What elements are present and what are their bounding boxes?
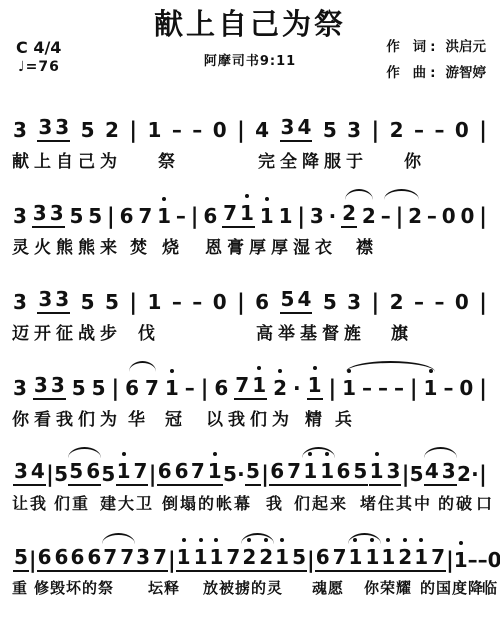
lyrics-line: 重修毁坏的祭坛释放被掳的灵魂愿你荣耀的国度降临 [12,577,488,599]
beamed-note-group: 67 [315,545,348,572]
notation-line: 33352|1––0|43453|2––0| [12,102,488,144]
note: 2 [390,290,404,314]
note: 1 [252,373,266,397]
duration-dash: – [192,290,202,314]
note: 6 [120,204,134,228]
note: 5 [14,545,28,569]
note: 7 [103,545,117,569]
note: 3 [13,118,27,142]
note: 1 [209,545,223,569]
note: 6 [86,459,100,483]
lyric-segment: 倒塌的帐幕 [162,491,252,514]
barline: | [297,203,305,228]
note: 2 [398,545,412,569]
duration-dash: – [362,376,372,400]
music-system: 33355|671–|67111|3·22–|2–00|灵火熊熊来焚烧恩膏厚厚湿… [12,188,488,255]
barline: | [168,547,176,572]
note: 2 [273,376,287,400]
note: 3 [310,204,324,228]
barline: | [129,289,137,314]
note: 1 [342,376,356,400]
lyric-segment: 兵 [335,405,357,430]
octave-dot [278,369,282,373]
note: 6 [70,545,84,569]
note: 3 [386,459,400,483]
lyricist-label: 作 词: [386,39,439,55]
barline: | [191,203,199,228]
note: 1 [320,459,334,483]
lyric-segment: 放被掳的灵 [203,577,283,598]
note: 6 [87,545,101,569]
music-system: 33352|1––0|43453|2––0|献上自己为祭完全降服于你 [12,102,488,169]
tie-arc [102,533,135,544]
beamed-note-group: 17 [413,545,446,572]
lyric-segment: 你 [404,147,426,172]
note: 1 [414,545,428,569]
barline: | [479,461,487,486]
note: 6 [336,459,350,483]
tie-arc [346,361,436,372]
lyric-segment: 灵火熊熊来 [12,233,122,258]
barline: | [129,117,137,142]
beamed-note-group: 66 [157,459,190,486]
lyrics-line: 灵火熊熊来焚烧恩膏厚厚湿衣襟 [12,233,488,255]
note: 4 [255,118,269,142]
tempo-marking: ♩=76 [16,59,61,75]
note: 7 [235,373,249,397]
barline: | [107,203,115,228]
note: 3 [55,287,69,311]
octave-dot [265,197,269,201]
octave-dot [386,538,390,542]
barline: | [29,547,37,572]
note: 3 [38,287,52,311]
barline: | [201,375,209,400]
sheet-header: 献上自己为祭 阿摩司书9:11 作 词:洪启元 作 曲:游智婷 C 4/4 ♩=… [12,6,488,102]
duration-dash: – [414,290,424,314]
notation-line: 33355|671–|6712·1|1–––|1–0| [12,360,488,402]
beamed-note-group: 12 [380,545,413,572]
duration-dash: – [378,376,388,400]
credits: 作 词:洪启元 作 曲:游智婷 [386,34,486,86]
note: 6 [175,459,189,483]
note: 7 [226,545,240,569]
tie-arc [68,447,101,458]
note: 5 [69,204,83,228]
tie-arc [348,533,381,544]
note: 1 [194,545,208,569]
duration-dash: – [172,290,182,314]
lyric-segment: 修毁坏的祭 [34,577,114,598]
notation-line: 33355|1––0|65453|2––0| [12,274,488,316]
note: 7 [138,204,152,228]
lyric-segment: 衣 [315,233,337,258]
note: 2 [408,204,422,228]
beamed-note-group: 15 [274,545,307,572]
beamed-note-group: 2 [341,201,357,228]
beamed-note-group: 56 [68,459,101,486]
lyric-segment: 献上自己为 [12,147,122,172]
music-system: 33355|1––0|65453|2––0|迈开征战步伐高举基督旌旗 [12,274,488,341]
note: 1 [260,204,274,228]
lyric-segment: 冠 [165,405,187,430]
octave-dot [375,452,379,456]
note: 6 [214,376,228,400]
lyric-segment: 的国度降 [420,577,484,598]
rest-note: 0 [455,290,469,314]
lyric-segment: 焚 [130,233,152,258]
rest-note: 0 [442,204,456,228]
note: 3 [13,290,27,314]
augmentation-dot: · [471,462,479,486]
lyric-segment: 烧 [162,233,184,258]
duration-dash: – [394,376,404,400]
beamed-note-group: 11 [348,545,381,572]
note: 5 [101,462,115,486]
note: 3 [33,201,47,225]
beamed-note-group: 43 [424,459,457,486]
rest-note: 0 [488,548,500,572]
note: 7 [333,545,347,569]
duration-dash: – [172,118,182,142]
duration-dash: – [478,548,488,572]
tie-arc [424,447,457,458]
barline: | [410,375,418,400]
beamed-note-group: 54 [280,287,313,314]
barline: | [479,117,487,142]
duration-dash: – [176,204,186,228]
beamed-note-group: 71 [190,459,223,486]
note: 6 [255,290,269,314]
barline: | [149,461,157,486]
note: 1 [279,204,293,228]
duration-dash: – [414,118,424,142]
octave-dot [419,538,423,542]
note: 5 [92,376,106,400]
note: 3 [14,459,28,483]
lyric-segment: 襟 [356,233,378,258]
note: 2 [259,545,273,569]
note: 7 [120,545,134,569]
beamed-note-group: 34 [280,115,313,142]
note: 5 [54,462,68,486]
beamed-note-group: 5 [13,545,29,572]
augmentation-dot: · [293,376,301,400]
music-system: 33355|671–|6712·1|1–––|1–0|你看我们为华冠以我们为精兵 [12,360,488,427]
augmentation-dot: · [329,204,337,228]
note: 2 [242,545,256,569]
beamed-note-group: 65 [335,459,368,486]
octave-dot [313,366,317,370]
beamed-note-group: 66 [69,545,102,572]
note: 4 [297,115,311,139]
note: 2 [457,462,471,486]
barline: | [261,461,269,486]
beamed-note-group: 17 [116,459,149,486]
lyricist-name: 洪启元 [446,39,487,55]
duration-dash: – [434,290,444,314]
octave-dot [257,366,261,370]
lyric-segment: 恩膏厚厚湿 [205,233,315,258]
beamed-note-group: 13 [369,459,402,486]
note: 1 [275,545,289,569]
note: 5 [81,290,95,314]
tie-arc [384,189,420,200]
composer-credit: 作 曲:游智婷 [386,60,486,86]
beamed-note-group: 11 [176,545,209,572]
octave-dot [213,452,217,456]
duration-dash: – [192,118,202,142]
lyric-segment: 们重 [54,491,90,514]
octave-dot [122,452,126,456]
music-system: 34|556517|66715·5|67116513|5432·|让我们重建大卫… [12,446,488,513]
note: 1 [177,545,191,569]
beamed-note-group: 33 [37,115,70,142]
sheet-music-page: 献上自己为祭 阿摩司书9:11 作 词:洪启元 作 曲:游智婷 C 4/4 ♩=… [0,0,500,619]
barline: | [46,461,54,486]
note: 1 [303,459,317,483]
music-system: 5|66667737|11172215|67111217|1––0重修毁坏的祭坛… [12,532,488,599]
note: 5 [410,462,424,486]
barline: | [328,375,336,400]
note: 3 [55,115,69,139]
note: 5 [72,376,86,400]
notation-systems: 33352|1––0|43453|2––0|献上自己为祭完全降服于你33355|… [12,102,488,599]
note: 7 [145,376,159,400]
note: 5 [281,287,295,311]
notation-line: 33355|671–|67111|3·22–|2–00| [12,188,488,230]
beamed-note-group: 17 [208,545,241,572]
note: 6 [158,459,172,483]
lyric-segment: 让我 [12,491,48,514]
note: 5 [223,462,237,486]
lyrics-line: 让我们重建大卫倒塌的帐幕我们起来堵住其中的破口 [12,491,488,513]
beamed-note-group: 77 [102,545,135,572]
note: 6 [55,545,69,569]
tie-arc [302,447,335,458]
lyric-segment: 我 [266,491,284,514]
lyric-segment: 临 [482,577,498,598]
lyric-segment: 魂愿 [312,577,344,598]
lyric-segment: 建大卫 [100,491,154,514]
note: 1 [147,118,161,142]
lyrics-line: 迈开征战步伐高举基督旌旗 [12,319,488,341]
note: 7 [153,545,167,569]
beamed-note-group: 22 [241,545,274,572]
rest-note: 0 [459,376,473,400]
note: 1 [117,459,131,483]
beamed-note-group: 66 [37,545,70,572]
key-tempo-block: C 4/4 ♩=76 [16,38,61,75]
duration-dash: – [381,204,391,228]
beamed-note-group: 33 [33,373,66,400]
beamed-note-group: 67 [269,459,302,486]
note: 4 [425,459,439,483]
note: 3 [50,201,64,225]
note: 2 [390,118,404,142]
rest-note: 0 [455,118,469,142]
beamed-note-group: 71 [222,201,255,228]
note: 6 [125,376,139,400]
rest-note: 0 [213,118,227,142]
lyric-segment: 你荣耀 [364,577,412,598]
note: 3 [13,204,27,228]
lyric-segment: 口 [476,491,494,514]
note: 7 [431,545,445,569]
lyric-segment: 以我们为 [206,405,294,430]
notation-line: 5|66667737|11172215|67111217|1––0 [12,532,488,574]
beamed-note-group: 33 [32,201,65,228]
composer-name: 游智婷 [446,65,487,81]
barline: | [237,117,245,142]
note: 3 [347,290,361,314]
beamed-note-group: 11 [302,459,335,486]
note: 7 [191,459,205,483]
lyric-segment: 迈开征战步 [12,319,122,344]
tie-arc [129,361,157,372]
barline: | [307,547,315,572]
beamed-note-group: 37 [135,545,168,572]
note: 7 [134,459,148,483]
lyric-segment: 重 [12,577,28,598]
beamed-note-group: 5 [245,459,261,486]
octave-dot [245,194,249,198]
barline: | [372,117,380,142]
lyric-segment: 伐 [138,319,160,344]
note: 5 [246,459,260,483]
note: 3 [347,118,361,142]
tie-arc [345,189,373,200]
note: 1 [157,204,171,228]
note: 3 [281,115,295,139]
beamed-note-group: 33 [37,287,70,314]
notation-line: 34|556517|66715·5|67116513|5432·| [12,446,488,488]
beamed-note-group: 71 [234,373,267,400]
duration-dash: – [185,376,195,400]
note: 1 [424,376,438,400]
note: 5 [353,459,367,483]
lyrics-line: 你看我们为华冠以我们为精兵 [12,405,488,427]
lyric-segment: 华 [128,405,150,430]
duration-dash: – [443,376,453,400]
note: 1 [208,459,222,483]
note: 1 [308,373,322,397]
note: 1 [240,201,254,225]
note: 3 [38,115,52,139]
lyric-segment: 坛释 [148,577,180,598]
lyric-segment: 堵住其中 [360,491,432,514]
note: 5 [105,290,119,314]
barline: | [446,547,454,572]
note: 1 [165,376,179,400]
barline: | [396,203,404,228]
note: 6 [38,545,52,569]
note: 4 [31,459,45,483]
note: 5 [69,459,83,483]
lyric-segment: 完全降服于 [258,147,368,172]
lyric-segment: 的破 [438,491,474,514]
lyric-segment: 你看我们为 [12,405,122,430]
note: 6 [203,204,217,228]
note: 3 [51,373,65,397]
note: 3 [136,545,150,569]
lyric-segment: 旗 [391,319,413,344]
note: 1 [454,548,468,572]
barline: | [237,289,245,314]
note: 1 [370,459,384,483]
note: 5 [81,118,95,142]
note: 2 [105,118,119,142]
duration-dash: – [427,204,437,228]
note: 5 [88,204,102,228]
note: 6 [270,459,284,483]
augmentation-dot: · [237,462,245,486]
lyric-segment: 精 [305,405,327,430]
barline: | [479,289,487,314]
tie-arc [241,533,274,544]
note: 2 [342,201,356,225]
lyric-segment: 祭 [158,147,180,172]
note: 5 [323,118,337,142]
lyricist-credit: 作 词:洪启元 [386,34,486,60]
octave-dot [162,197,166,201]
octave-dot [403,538,407,542]
barline: | [479,375,487,400]
lyric-segment: 高举基督旌 [256,319,366,344]
duration-dash: – [468,548,478,572]
key-signature: C 4/4 [16,38,61,57]
composer-label: 作 曲: [386,65,439,81]
note: 1 [349,545,363,569]
octave-dot [214,538,218,542]
barline: | [372,289,380,314]
note: 7 [223,201,237,225]
note: 3 [442,459,456,483]
note: 1 [381,545,395,569]
beamed-note-group: 1 [307,373,323,400]
rest-note: 0 [213,290,227,314]
note: 3 [13,376,27,400]
rest-note: 0 [461,204,475,228]
octave-dot [182,538,186,542]
octave-dot [199,538,203,542]
note: 5 [323,290,337,314]
beamed-note-group: 34 [13,459,46,486]
barline: | [402,461,410,486]
note: 2 [362,204,376,228]
note: 6 [316,545,330,569]
octave-dot [280,538,284,542]
note: 7 [287,459,301,483]
note: 1 [147,290,161,314]
barline: | [111,375,119,400]
barline: | [479,203,487,228]
note: 4 [297,287,311,311]
note: 3 [34,373,48,397]
octave-dot [459,541,463,545]
note: 1 [365,545,379,569]
octave-dot [170,369,174,373]
duration-dash: – [434,118,444,142]
lyrics-line: 献上自己为祭完全降服于你 [12,147,488,169]
lyric-segment: 们起来 [294,491,348,514]
note: 5 [292,545,306,569]
